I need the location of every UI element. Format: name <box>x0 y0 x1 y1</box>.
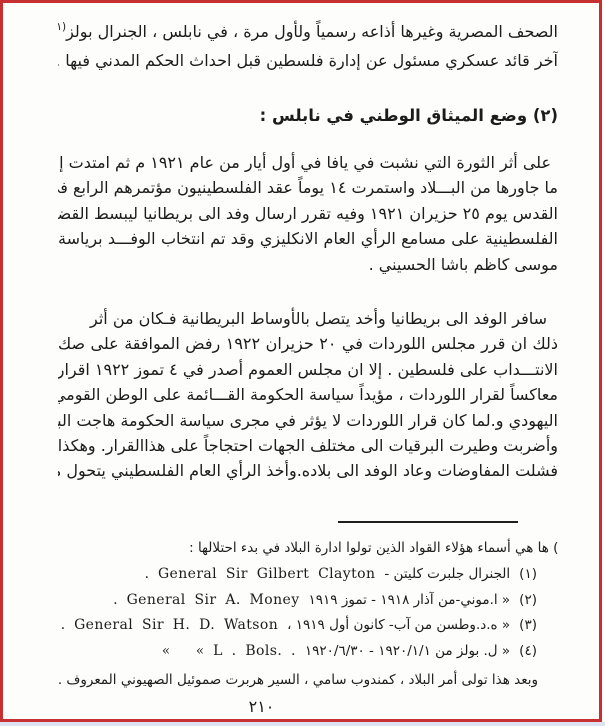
footnote-arabic-text: « ل. بولز من ١٩٢٠/١/١ - ١٩٢٠/٦/٣٠ <box>305 639 510 665</box>
footnote-intro: (١) ها هي أسماء هؤلاء القواد الذين تولوا… <box>58 534 558 562</box>
paragraph-delegation: سافر الوفد الى بريطانيا وأخد يتصل بالأوس… <box>58 306 558 484</box>
body-line: فشلت المفاوضات وعاد الوفد الى بلاده.وأخذ… <box>58 458 558 483</box>
footnote-item: (١) الجنرال جلبرت كليتن - General Sir Gi… <box>58 562 558 588</box>
footnote-item: (٣) « ه.د.وطسن من آب- كانون أول ١٩١٩ ، G… <box>58 613 558 639</box>
footnote-latin-name: General Sir A. Money <box>127 588 300 614</box>
text-column: الصحف المصرية وغيرها أذاعه رسمياً ولأول … <box>58 0 558 726</box>
footnote-ref: (١) <box>58 21 66 33</box>
footnote-number: (٤) <box>519 639 537 665</box>
footnotes-block: (١) ها هي أسماء هؤلاء القواد الذين تولوا… <box>58 534 558 693</box>
footnote-closing: وبعد هذا تولى أمر البلاد ، كمندوب سامي ،… <box>58 667 558 693</box>
body-line: اليهودي و.لما كان قرار اللوردات لا يؤثر … <box>58 408 558 433</box>
footnote-arabic-text: « ه.د.وطسن من آب- كانون أول ١٩١٩ ، <box>287 613 510 639</box>
paragraph-revolt: على أثر الثورة التي نشبت في يافا في أول … <box>58 150 558 277</box>
body-line: معاكساً لقرار اللوردات ، مؤيداً سياسة ال… <box>58 382 558 407</box>
footnote-latin-name: General Sir H. D. Watson <box>74 613 278 639</box>
footnote-number: (١) <box>519 562 537 588</box>
footnote-number: (٢) <box>519 588 537 614</box>
page-number: ٢١٠ <box>0 697 523 716</box>
body-line: القدس يوم ٢٥ حزيران ١٩٢١ وفيه تقرر ارسال… <box>58 201 558 226</box>
footnote-tail: . <box>61 613 65 639</box>
footnote-latin-name: General Sir Gilbert Clayton <box>158 562 375 588</box>
footnote-tail: . <box>113 588 117 614</box>
body-line: موسى كاظم باشا الحسيني . <box>58 252 558 277</box>
body-line: الصحف المصرية وغيرها أذاعه رسمياً ولأول … <box>58 13 558 46</box>
body-line: الفلسطينية على مسامع الرأي العام الانكلي… <box>58 226 558 251</box>
footnote-tail: « « <box>162 639 204 665</box>
body-line-text: الصحف المصرية وغيرها أذاعه رسمياً ولأول … <box>66 22 558 41</box>
body-line: ذلك ان قرر مجلس اللوردات في ٢٠ حزيران ١٩… <box>58 331 558 356</box>
footnote-tail: . <box>145 562 149 588</box>
section-heading: (٢) وضع الميثاق الوطني في نابلس : <box>58 106 558 125</box>
scanned-book-page: الصحف المصرية وغيرها أذاعه رسمياً ولأول … <box>0 0 605 726</box>
footnote-latin-name: L . Bols. . <box>213 639 296 665</box>
body-line: سافر الوفد الى بريطانيا وأخد يتصل بالأوس… <box>58 306 558 331</box>
footnote-arabic-text: « ا.موني-من آذار ١٩١٨ - تموز ١٩١٩ <box>309 588 511 614</box>
footnote-item: (٤) « ل. بولز من ١٩٢٠/١/١ - ١٩٢٠/٦/٣٠ L … <box>58 639 558 665</box>
footnote-separator <box>338 521 518 523</box>
body-line: آخر قائد عسكري مسئول عن إدارة فلسطين قبل… <box>58 46 558 75</box>
body-line: وأضربت وطيرت البرقيات الى مختلف الجهات ا… <box>58 433 558 458</box>
footnote-item: (٢) « ا.موني-من آذار ١٩١٨ - تموز ١٩١٩ Ge… <box>58 588 558 614</box>
body-line: على أثر الثورة التي نشبت في يافا في أول … <box>58 150 558 175</box>
footnote-arabic-text: الجنرال جلبرت كليتن - <box>384 562 510 588</box>
body-line: ما جاورها من البـــلاد واستمرت ١٤ يوماً … <box>58 175 558 200</box>
paragraph-intro: الصحف المصرية وغيرها أذاعه رسمياً ولأول … <box>58 13 558 75</box>
body-line: الانتـــداب على فلسطين . إلا ان مجلس الع… <box>58 357 558 382</box>
footnote-number: (٣) <box>519 613 537 639</box>
